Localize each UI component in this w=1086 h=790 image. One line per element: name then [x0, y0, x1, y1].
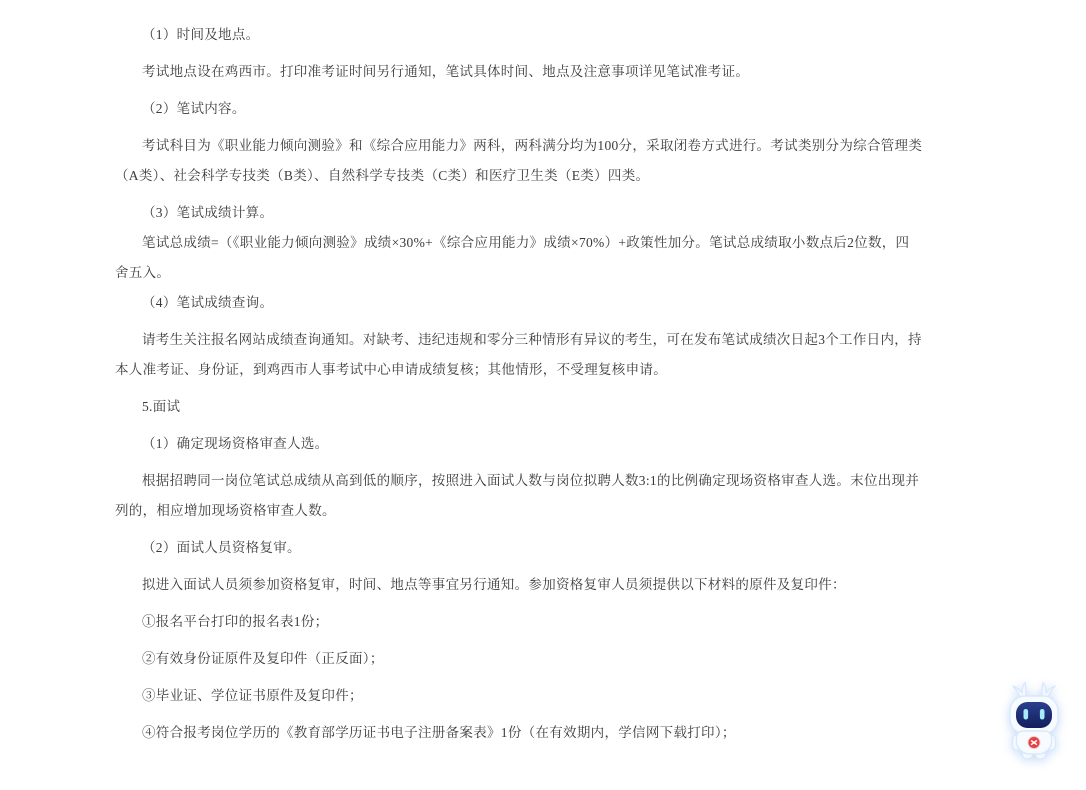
text-line: ④符合报考岗位学历的《教育部学历证书电子注册备案表》1份（在有效期内，学信网下载… [142, 725, 736, 740]
section-heading: （2）面试人员资格复审。 [115, 533, 1055, 563]
text-line: ②有效身份证原件及复印件（正反面）； [142, 651, 384, 666]
text-line: 拟进入面试人员须参加资格复审，时间、地点等事宜另行通知。参加资格复审人员须提供以… [142, 577, 846, 592]
section-heading: （1）时间及地点。 [115, 20, 1055, 50]
paragraph: 考试科目为《职业能力倾向测验》和《综合应用能力》两科，两科满分均为100分，采取… [115, 131, 1055, 191]
paragraph: 考试地点设在鸡西市。打印准考证时间另行通知，笔试具体时间、地点及注意事项详见笔试… [115, 57, 1055, 87]
text-line: 笔试总成绩=（《职业能力倾向测验》成绩×30%+《综合应用能力》成绩×70%）+… [142, 235, 909, 250]
text-line: （1）时间及地点。 [142, 27, 259, 42]
text-line: 舍五入。 [115, 265, 170, 280]
text-line: （4）笔试成绩查询。 [142, 295, 273, 310]
paragraph: 请考生关注报名网站成绩查询通知。对缺考、违纪违规和零分三种情形有异议的考生，可在… [115, 325, 1055, 385]
section-heading: （3）笔试成绩计算。 [115, 198, 1055, 228]
text-line: 根据招聘同一岗位笔试总成绩从高到低的顺序，按照进入面试人数与岗位拟聘人数3:1的… [142, 473, 919, 488]
text-line: （3）笔试成绩计算。 [142, 205, 273, 220]
text-line: （2）面试人员资格复审。 [142, 540, 301, 555]
text-line: 本人准考证、身份证，到鸡西市人事考试中心申请成绩复核；其他情形，不受理复核申请。 [115, 362, 667, 377]
section-heading: （4）笔试成绩查询。 [115, 288, 1055, 318]
assistant-robot-widget[interactable] [1005, 680, 1063, 760]
paragraph: 拟进入面试人员须参加资格复审，时间、地点等事宜另行通知。参加资格复审人员须提供以… [115, 570, 1055, 600]
paragraph: 根据招聘同一岗位笔试总成绩从高到低的顺序，按照进入面试人数与岗位拟聘人数3:1的… [115, 466, 1055, 526]
text-line: 考试科目为《职业能力倾向测验》和《综合应用能力》两科，两科满分均为100分，采取… [142, 138, 922, 153]
text-line: 列的，相应增加现场资格审查人数。 [115, 503, 336, 518]
text-line: （1）确定现场资格审查人选。 [142, 436, 328, 451]
section-heading: （1）确定现场资格审查人选。 [115, 429, 1055, 459]
list-item: ②有效身份证原件及复印件（正反面）； [115, 644, 1055, 674]
text-line: ①报名平台打印的报名表1份； [142, 614, 328, 629]
text-line: （A类）、社会科学专技类（B类）、自然科学专技类（C类）和医疗卫生类（E类）四类… [115, 168, 649, 183]
list-item: ③毕业证、学位证书原件及复印件； [115, 681, 1055, 711]
section-heading: （2）笔试内容。 [115, 94, 1055, 124]
text-line: （2）笔试内容。 [142, 101, 246, 116]
text-line: 5.面试 [142, 399, 180, 414]
paragraph: 笔试总成绩=（《职业能力倾向测验》成绩×30%+《综合应用能力》成绩×70%）+… [115, 228, 1055, 288]
list-item: ④符合报考岗位学历的《教育部学历证书电子注册备案表》1份（在有效期内，学信网下载… [115, 718, 1055, 748]
list-item: ①报名平台打印的报名表1份； [115, 607, 1055, 637]
text-line: 请考生关注报名网站成绩查询通知。对缺考、违纪违规和零分三种情形有异议的考生，可在… [142, 332, 922, 347]
text-line: 考试地点设在鸡西市。打印准考证时间另行通知，笔试具体时间、地点及注意事项详见笔试… [142, 64, 749, 79]
section-heading: 5.面试 [115, 392, 1055, 422]
text-line: ③毕业证、学位证书原件及复印件； [142, 688, 363, 703]
robot-assistant-icon [1005, 680, 1063, 760]
document-body: （1）时间及地点。考试地点设在鸡西市。打印准考证时间另行通知，笔试具体时间、地点… [115, 20, 1055, 755]
